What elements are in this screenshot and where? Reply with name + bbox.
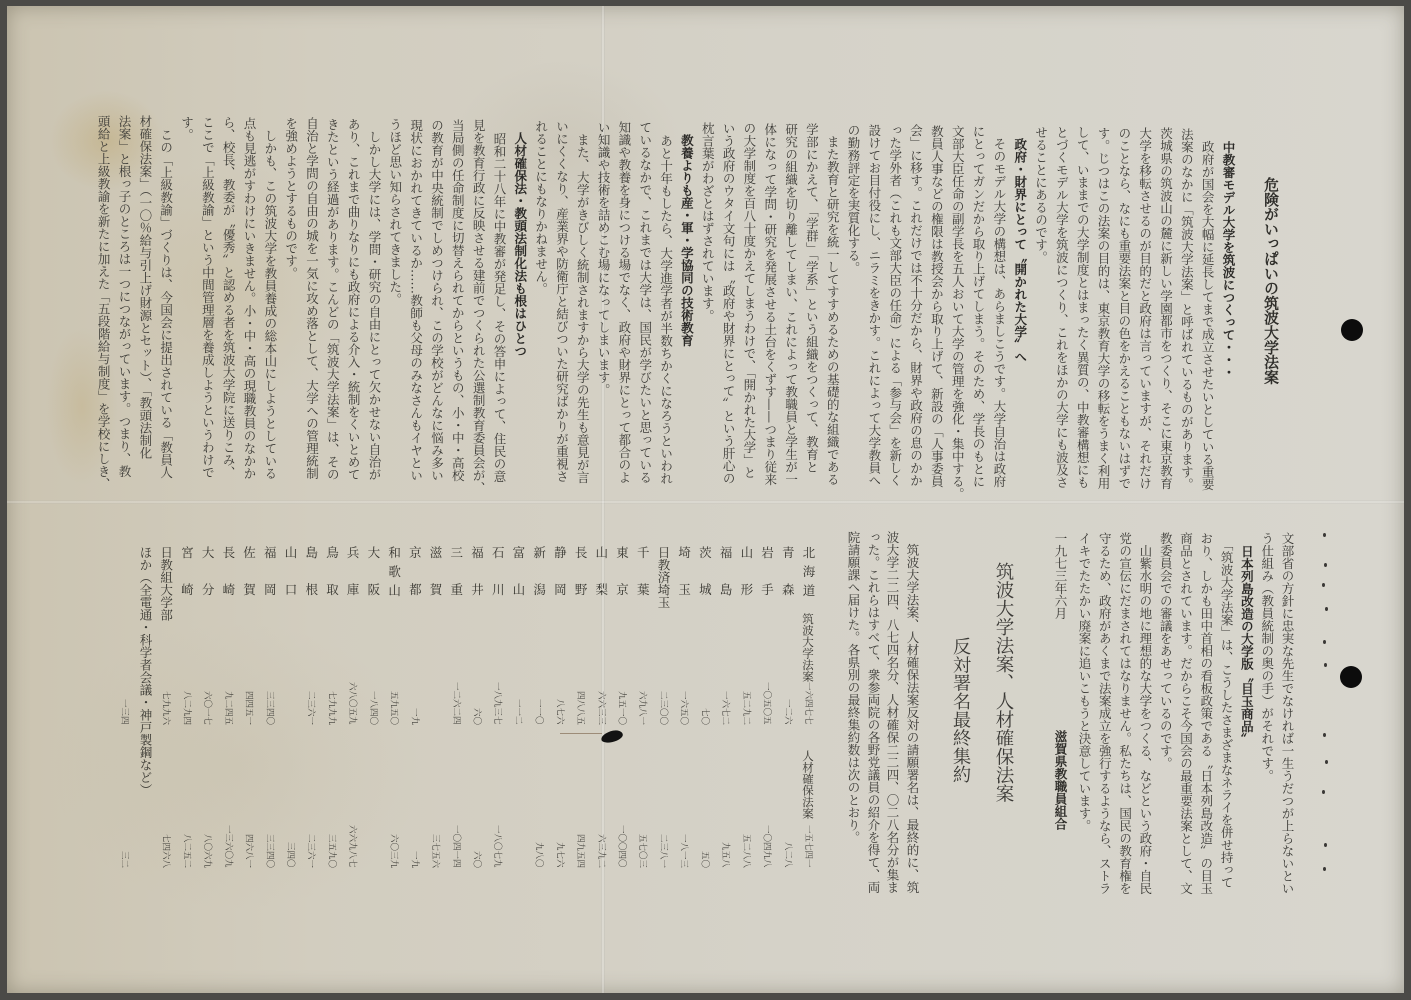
section-heading: 政府・財界にとって〝開かれた大学〟へ — [1012, 126, 1028, 364]
petition-intro-line: 波大学二二四、八七四名分、人材確保二二四、〇二八名分が集ま — [884, 531, 900, 894]
appeal-line: イキでたたかい廃案に追いこもうと決意しています。 — [1076, 532, 1092, 832]
article-line: 知識や教養を身につける場でなく、政府や財界にとって都合のよ — [616, 121, 632, 484]
prefecture-label: 山口 — [282, 546, 298, 620]
tsukuba-signature-count: 七〇 — [698, 680, 710, 725]
article-line: 法案のなかに「筑波大学法案」と呼ばれているものがあります。 — [1178, 128, 1194, 491]
prefecture-label: 静岡 — [551, 546, 567, 620]
jinzai-signature-count: 四九五四 — [574, 823, 586, 868]
tsukuba-signature-count — [429, 680, 441, 725]
petition-title-line2: 反対署名最終集約 — [948, 637, 972, 783]
jinzai-signature-count: 六六九八七 — [346, 823, 358, 868]
article-line: ここで「上級教諭」という中間管理層を養成しようというわけで — [199, 116, 215, 479]
tsukuba-signature-count: 五二九二 — [740, 680, 752, 725]
prefecture-label: 鳥取 — [323, 546, 339, 620]
column-header-jinzai: 人材確保法案 — [800, 750, 816, 819]
jinzai-signature-count: 五七〇三 — [636, 823, 648, 868]
jinzai-signature-count: 二三八一 — [657, 823, 669, 868]
prefecture-label: 山梨 — [593, 546, 609, 620]
prefecture-label: 東京 — [614, 546, 630, 620]
article-line: にとってガンだから取り上げてしまう。そのため、学長のもとに — [970, 125, 986, 488]
signature-union: 滋賀県教職員組合 — [1052, 730, 1068, 830]
article-line: そのモデル大学の構想は、あらましこうです。大学自治は政府 — [991, 125, 1007, 488]
jinzai-signature-count: 五〇 — [698, 823, 710, 868]
jinzai-signature-count: 九五八 — [719, 823, 731, 868]
section-heading: 中教審モデル大学を筑波につくって・・・ — [1220, 128, 1236, 378]
prefecture-label: ほか（全電通・科学者会議・神戸製鋼など） — [137, 546, 153, 796]
tsukuba-signature-count — [284, 680, 296, 725]
tsukuba-signature-count: 九五一〇 — [616, 680, 628, 725]
tsukuba-signature-count: 一一〇 — [533, 680, 545, 725]
tsukuba-signature-count: 四四五一 — [243, 680, 255, 725]
article-line: また、大学がきびしく統制されますから大学の先生も意見が言 — [574, 121, 590, 484]
prefecture-label: 福岡 — [261, 546, 277, 620]
jinzai-signature-count: 八二八 — [781, 823, 793, 868]
jinzai-signature-count: 六〇三九 — [388, 823, 400, 868]
article-line: れることにもなりかねません。 — [533, 120, 549, 295]
jinzai-signature-count — [512, 823, 524, 868]
jinzai-signature-count: 一八〇七九 — [491, 823, 503, 868]
prefecture-label: 埼玉 — [676, 546, 692, 620]
prefecture-label: 日教済埼玉 — [655, 546, 671, 609]
prefecture-label: 大分 — [199, 546, 215, 620]
article-line: しかし大学には、学問・研究の自由にとって欠かせない自治が — [366, 118, 382, 481]
tsukuba-signature-count: 四八八五 — [574, 680, 586, 725]
article-line: 法案」と根っ子のところは一つにつながっています。つまり、教 — [116, 115, 132, 478]
prefecture-label: 茨城 — [696, 546, 712, 620]
prefecture-label: 千葉 — [634, 546, 650, 620]
jinzai-signature-count: 四六八一 — [243, 823, 255, 868]
jinzai-signature-count: 三三四〇 — [263, 823, 275, 868]
tsukuba-signature-count: 一〇五〇五 — [761, 680, 773, 725]
jinzai-signature-count: 一〇四一四 — [450, 823, 462, 868]
article-line: 文部大臣任命の副学長を五人おいて大学の管理を強化・集中する。 — [949, 125, 965, 500]
article-line: 自治と学問の自由の城を一気に攻め落として、大学への管理統制 — [303, 117, 319, 480]
jinzai-signature-count: 一八一三 — [678, 823, 690, 868]
prefecture-label: 滋賀 — [427, 546, 443, 620]
article-line: 教員人事などの権限は教授会から取り上げて、新設の「人事委員 — [928, 125, 944, 488]
appeal-line: 守るため、政府があくまで法案成立を強行するようなら、ストラ — [1096, 532, 1112, 895]
jinzai-signature-count: 三五九〇 — [325, 823, 337, 868]
prefecture-label: 日教組大学部 — [158, 546, 174, 621]
article-line: 頭給と上級教諭を新たに加えた「五段階給与制度」を学校にしき、 — [95, 115, 111, 490]
article-line: しかも、この筑波大学を教員養成の総本山にしようとしている — [262, 117, 278, 480]
jinzai-signature-count: 一〇四九八 — [761, 823, 773, 868]
article-line: 見を教育行政に反映させる建前でつくられた公選制教育委員会が、 — [470, 119, 486, 494]
article-line: の教育が中央統制でしめつけられ、この学校がどんなに悩み多い — [428, 119, 444, 482]
article-line: す。じつはこの法案の目的は、東京教育大学の移転をうまく利用 — [1095, 127, 1111, 490]
section-heading: 日本列島改造の大学版〝目玉商品〟 — [1238, 532, 1254, 745]
tsukuba-signature-count: 八二九四 — [180, 680, 192, 725]
article-line: 政府が国会を大幅に延長してまで成立させたいとしている重要 — [1199, 128, 1215, 491]
tsukuba-signature-count: 一一二 — [512, 680, 524, 725]
tsukuba-signature-count: 一三四 — [118, 680, 130, 725]
article-line: す。 — [179, 116, 195, 141]
column-header-tsukuba: 筑波大学法案 — [800, 613, 816, 682]
appeal-line: 商品とされています。だからこそ今国会の最重要法案として、文 — [1178, 532, 1194, 895]
article-line: のことなら、なにも重要法案と目の色をかえることもないはずで — [1116, 127, 1132, 490]
appeal-line: 党の宣伝にだまされてはなりません。私たちは、国民の教育権を — [1117, 532, 1133, 895]
appeal-line: 山紫水明の地に理想的な大学をつくる、などという政府・自民 — [1137, 532, 1153, 895]
tsukuba-signature-count: 一六七二 — [719, 680, 731, 725]
article-line: あと十年もしたら、大学進学者が半数ちかくになろうといわれ — [658, 122, 674, 485]
jinzai-signature-count: 三七五六 — [429, 823, 441, 868]
article-line: 枕言葉がわざとはずされています。 — [699, 122, 715, 322]
section-heading: 人材確保法・教頭法制化法も根はひとつ — [512, 120, 528, 358]
section-heading: 教養よりも産・軍・学協同の技術教育 — [678, 122, 694, 347]
article-line: きたという経過があります。こんどの「筑波大学法案」は、その — [324, 118, 340, 481]
article-line: 材確保法案」（一〇％給与引上げ財源とセット）、「教頭法制化 — [137, 115, 153, 459]
article-line: い知識や技術を詰めこむ場になってしまいます。 — [595, 121, 611, 396]
article-line: いう政府のウタイ文句には〝政府や財界にとって〟という肝心の — [720, 122, 736, 485]
jinzai-signature-count: 六三九二 — [595, 823, 607, 868]
prefecture-label: 兵庫 — [344, 546, 360, 620]
jinzai-signature-count: 八〇六九 — [201, 823, 213, 868]
article-line: とづくモデル大学を筑波につくり、これをほかの大学にも波及さ — [1053, 126, 1069, 489]
tsukuba-signature-count: 一九 — [408, 680, 420, 725]
petition-intro-line: 院請願課へ届けた。各県別の最終集約数は次のとおり。 — [845, 531, 861, 844]
article-line: 研究の組織を切り離してしまい、これによって教職員と学生が一 — [783, 123, 799, 486]
horizontal-fold-crease — [7, 500, 1404, 504]
tsukuba-signature-count: 七九九六 — [160, 680, 172, 725]
article-line: 当局側の任命制度に切替えられてからというもの、小・中・高校 — [449, 119, 465, 482]
jinzai-signature-count: 五二八八 — [740, 823, 752, 868]
jinzai-signature-count: 一五七四一 — [802, 823, 814, 868]
article-line: 点も見逃がすわけにいきません。小・中・高の現職教員のなかか — [241, 117, 257, 480]
article-line: 現状におかれてきているか……教師も父母のみなさんもイヤとい — [408, 119, 424, 482]
prefecture-label: 三重 — [448, 546, 464, 620]
appeal-line: う仕組み（教員統制の奥の手）がそれです。 — [1259, 532, 1275, 782]
prefecture-label: 島根 — [303, 546, 319, 620]
article-line: の勤務評定を実質化する。 — [845, 124, 861, 274]
jinzai-signature-count: 一〇〇四〇 — [616, 823, 628, 868]
appeal-line: 文部省の方針に忠実な先生でなければ一生うだつが上らないとい — [1279, 532, 1295, 895]
prefecture-label: 新潟 — [531, 546, 547, 620]
appeal-line: 「筑波大学法案」は、こうしたさまざまなネライを併せ持って — [1218, 532, 1234, 888]
article-line: 会」に移す。これだけでは不十分だから、財界や政府の息のかか — [908, 124, 924, 487]
article-line: 昭和二十八年に中教審が発足し、その答申によって、住民の意 — [491, 120, 507, 483]
jinzai-signature-count: 三四〇 — [284, 823, 296, 868]
article-line: の大学制度を百八十度かえてしまうわけで、「開かれた大学」と — [741, 122, 757, 478]
article-line: この「上級教諭」づくりは、今国会に提出されている「教員人 — [158, 116, 174, 479]
tsukuba-signature-count: 一六四七七 — [802, 680, 814, 725]
petition-intro-line: った。これらはすべて、衆参両院の各野党議員の紹介を得て、両 — [865, 531, 881, 894]
prefecture-label: 和歌山 — [386, 546, 402, 603]
petition-intro-line: 筑波大学法案、人材確保法案反対の請願署名は、最終的に、筑 — [904, 531, 920, 894]
appeal-line: おり、しかも田中首相の看板政策である〝日本列島改造〟の目玉 — [1198, 532, 1214, 895]
article-line: ているなかで、これまでは大学は、国民が学びたいと思っている — [637, 121, 653, 484]
punch-hole-icon — [1340, 666, 1362, 688]
article-line: あり、これまで曲りなりにも政府による介入・統制をくいとめて — [345, 118, 361, 481]
prefecture-label: 石川 — [489, 546, 505, 620]
prefecture-label: 長崎 — [220, 546, 236, 620]
jinzai-signature-count: 二三六一 — [305, 823, 317, 868]
prefecture-label: 長野 — [572, 546, 588, 620]
tsukuba-signature-count: 二三〇〇 — [657, 680, 669, 725]
tsukuba-signature-count: 三三四〇 — [263, 680, 275, 725]
article-line: ら、校長、教委が〝優秀〟と認める者を筑波大学院に送りこみ、 — [220, 116, 236, 479]
article-line: った学外者（これも文部大臣の任命）による「参与会」を新しく — [887, 124, 903, 487]
tsukuba-signature-count: 七九九九 — [325, 680, 337, 725]
article-line: 大学を移転させるのが目的だと政府は言っていますが、それだけ — [1137, 127, 1153, 490]
jinzai-signature-count: 七四六八 — [160, 823, 172, 868]
jinzai-signature-count: 九七六 — [553, 823, 565, 868]
article-line: うほど思い知らされてきました。 — [387, 118, 403, 306]
tsukuba-signature-count: 八七六 — [553, 680, 565, 725]
tsukuba-signature-count: 六〇 — [470, 680, 482, 725]
punch-hole-icon — [1341, 319, 1363, 341]
tsukuba-signature-count: 一八九三七 — [491, 680, 503, 725]
prefecture-label: 福井 — [468, 546, 484, 620]
article-line: 学部にかえて、「学群」「学系」という組織をつくって、教育と — [803, 123, 819, 473]
article-line: 体になって学問・研究を発展させる土台をくずす——つまり従来 — [762, 123, 778, 486]
tsukuba-signature-count: 一六五〇 — [678, 680, 690, 725]
tsukuba-signature-count: 九二四五 — [222, 680, 234, 725]
prefecture-label: 岩手 — [759, 546, 775, 620]
prefecture-label: 山形 — [738, 546, 754, 620]
article-line: 茨城県の筑波山の麓に新しい学園都市をつくり、そこに東京教育 — [1158, 127, 1174, 490]
article-line: せることにあるのです。 — [1033, 126, 1049, 264]
jinzai-signature-count: 一九 — [408, 823, 420, 868]
article-line: して、いままでの大学制度とはまったく異質の、中教審構想にも — [1074, 126, 1090, 489]
article-title: 危険がいっぱいの筑波大学法案 — [1261, 177, 1279, 384]
article-line: を強めようとするものです。 — [283, 117, 299, 280]
tsukuba-signature-count: 六八〇五九 — [346, 680, 358, 725]
prefecture-label: 宮崎 — [178, 546, 194, 620]
tsukuba-signature-count: 六〇一七 — [201, 680, 213, 725]
jinzai-signature-count: 一三六〇九 — [222, 823, 234, 868]
jinzai-signature-count: 三二 — [118, 823, 130, 868]
paper-crack — [560, 733, 602, 734]
appeal-line: 教委員会での審議をあせっているのです。 — [1157, 532, 1173, 770]
prefecture-label: 福島 — [717, 546, 733, 620]
article-line: また教育と研究を統一してすすめるための基礎的な組織である — [824, 123, 840, 486]
article-line: いにくくなり、産業界や防衛庁と結びついた研究ばかりが重視さ — [553, 120, 569, 483]
jinzai-signature-count: 九八〇 — [533, 823, 545, 868]
article-line: 設けてお目付役にし、ニラミをきかす。これによって大学教員へ — [866, 124, 882, 487]
prefecture-label: 大阪 — [365, 546, 381, 620]
issue-date: 一九七三年六月 — [1052, 532, 1068, 620]
petition-title-line1: 筑波大学法案、人材確保法案 — [991, 562, 1015, 803]
tsukuba-signature-count: 六九八一 — [636, 680, 648, 725]
tsukuba-signature-count: 六六三三 — [595, 680, 607, 725]
jinzai-signature-count — [367, 823, 379, 868]
prefecture-label: 青森 — [779, 546, 795, 620]
tsukuba-signature-count: 一二六 — [781, 680, 793, 725]
prefecture-label: 佐賀 — [241, 546, 257, 620]
prefecture-label: 京都 — [406, 546, 422, 620]
prefecture-label: 北海道 — [800, 546, 816, 603]
tsukuba-signature-count: 一八四〇 — [367, 680, 379, 725]
prefecture-label: 富山 — [510, 546, 526, 620]
jinzai-signature-count: 六〇 — [470, 823, 482, 868]
tsukuba-signature-count: 二三六一 — [305, 680, 317, 725]
tsukuba-signature-count: 五九五〇 — [388, 680, 400, 725]
jinzai-signature-count: 八二五二 — [180, 823, 192, 868]
tsukuba-signature-count: 一二六二四 — [450, 680, 462, 725]
